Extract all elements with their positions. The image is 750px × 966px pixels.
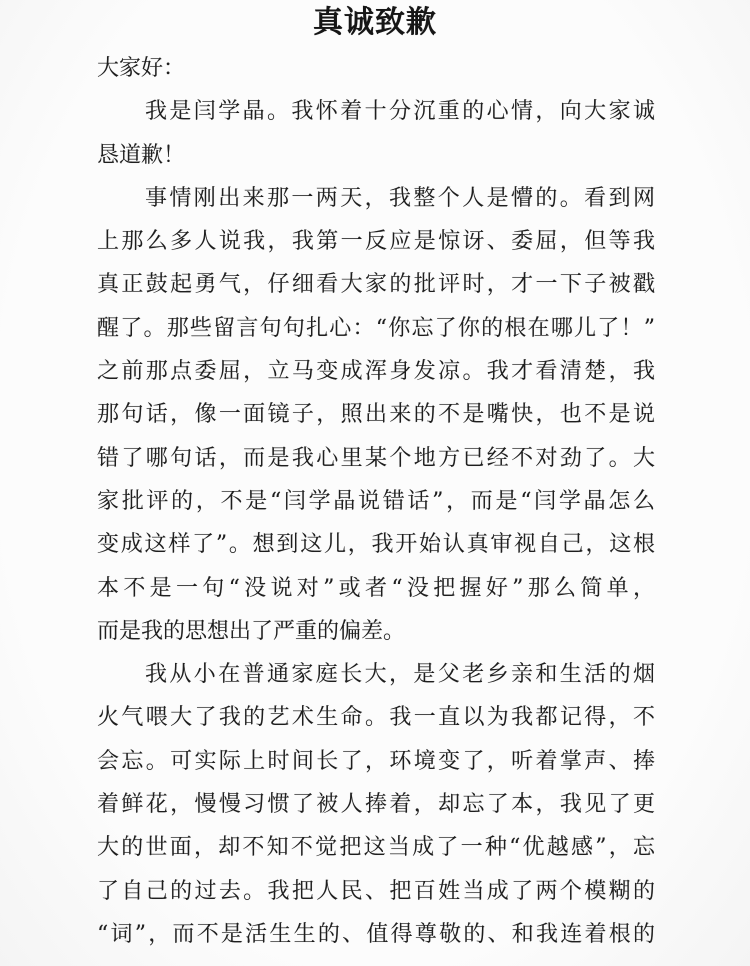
text-line: 我从小在普通家庭长大，是父老乡亲和生活的烟 [97,653,655,696]
text-line: 会忘。可实际上时间长了，环境变了，听着掌声、捧 [97,740,655,783]
text-line: 真正鼓起勇气，仔细看大家的批评时，才一下子被戳 [97,263,655,306]
text-line: 错了哪句话，而是我心里某个地方已经不对劲了。大 [97,437,655,480]
text-line: 之前那点委屈，立马变成浑身发凉。我才看清楚，我 [97,350,655,393]
document-title: 真诚致歉 [0,5,750,41]
text-line: 火气喂大了我的艺术生命。我一直以为我都记得，不 [97,696,655,739]
text-line: “词”，而不是活生生的、值得尊敬的、和我连着根的 [97,913,655,956]
text-line: 大的世面，却不知不觉把这当成了一种“优越感”，忘 [97,826,655,869]
text-line: 上那么多人说我，我第一反应是惊讶、委屈，但等我 [97,220,655,263]
text-line: 那句话，像一面镜子，照出来的不是嘴快，也不是说 [97,393,655,436]
text-line: 本不是一句“没说对”或者“没把握好”那么简单， [97,567,655,610]
text-line: 了自己的过去。我把人民、把百姓当成了两个模糊的 [97,870,655,913]
text-line: 醒了。那些留言句句扎心：“你忘了你的根在哪儿了！” [97,307,655,350]
text-line: 恳道歉！ [97,134,655,177]
text-line: 变成这样了”。想到这儿，我开始认真审视自己，这根 [97,523,655,566]
text-line: 事情刚出来那一两天，我整个人是懵的。看到网 [97,177,655,220]
text-line: 而是我的思想出了严重的偏差。 [97,610,655,653]
document-page: 真诚致歉 大家好：我是闫学晶。我怀着十分沉重的心情，向大家诚恳道歉！事情刚出来那… [0,0,750,966]
document-body: 大家好：我是闫学晶。我怀着十分沉重的心情，向大家诚恳道歉！事情刚出来那一两天，我… [97,47,655,956]
text-line: 着鲜花，慢慢习惯了被人捧着，却忘了本，我见了更 [97,783,655,826]
text-line: 家批评的，不是“闫学晶说错话”，而是“闫学晶怎么 [97,480,655,523]
text-line: 我是闫学晶。我怀着十分沉重的心情，向大家诚 [97,90,655,133]
text-line: 大家好： [97,47,655,90]
